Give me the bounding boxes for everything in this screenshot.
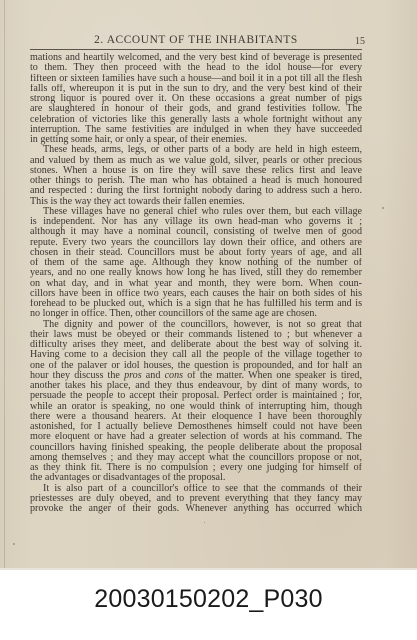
- text-line: It is also part of a councillor's office…: [30, 484, 362, 494]
- body-text: mations and heartily welcomed, and the v…: [30, 53, 362, 514]
- text-line: are slaughtered in honour of their gods,…: [30, 104, 362, 114]
- paper-speck: [382, 207, 384, 209]
- text-line: as they think fit. There is no compulsio…: [30, 463, 362, 473]
- text-line: cillors have been in office two years, e…: [30, 289, 362, 299]
- text-line: in getting some hair, or only a spear, o…: [30, 135, 362, 145]
- text-line: the advantages or disadvantages of the p…: [30, 473, 362, 483]
- text-line: repute. Every two years the councillors …: [30, 238, 362, 248]
- text-line: more eloquent or have had a greater sele…: [30, 432, 362, 442]
- text-line: one of the palaver or idol houses, the q…: [30, 361, 362, 371]
- text-line: of them of the same age. Although they k…: [30, 258, 362, 268]
- text-line: chosen in their stead. Councillors must …: [30, 248, 362, 258]
- scanned-page: 2. ACCOUNT OF THE INHABITANTS 15 mations…: [0, 0, 417, 570]
- text-line: The dignity and power of the councillors…: [30, 320, 362, 330]
- text-line: and respected : during the first fortnig…: [30, 186, 362, 196]
- text-line: on what day, and in what year and month,…: [30, 279, 362, 289]
- header-rule: [30, 49, 362, 50]
- text-line: astonished, for I actually believe Demos…: [30, 422, 362, 432]
- text-line: falls off, whereupon it is put in the su…: [30, 84, 362, 94]
- text-line: This is the way they act towards their f…: [30, 197, 362, 207]
- text-line: Having come to a decision they call all …: [30, 350, 362, 360]
- text-line: another takes his place, and they thus e…: [30, 381, 362, 391]
- text-line: strong liquor is poured over it. On thes…: [30, 94, 362, 104]
- text-line: fifteen or sixteen families have such a …: [30, 74, 362, 84]
- text-line: among themselves ; and they may accept w…: [30, 453, 362, 463]
- text-line: no longer in office. Then, other council…: [30, 309, 362, 319]
- text-line: celebration of victories like this gener…: [30, 115, 362, 125]
- text-line: interruption. The same festivities are i…: [30, 125, 362, 135]
- text-line: difficulty arises they meet, and deliber…: [30, 340, 362, 350]
- text-line: stones. When a house is on fire they wil…: [30, 166, 362, 176]
- running-head: 2. ACCOUNT OF THE INHABITANTS 15: [30, 34, 362, 48]
- paper-speck: [204, 522, 205, 523]
- text-line: although it may have a nominal council, …: [30, 227, 362, 237]
- text-line: to them. They then proceed with the head…: [30, 63, 362, 73]
- text-line: priestesses are duly obeyed, and to prev…: [30, 494, 362, 504]
- text-line: their laws must be obeyed or their comma…: [30, 330, 362, 340]
- text-line: provoke the anger of their gods. Wheneve…: [30, 504, 362, 514]
- image-identifier-caption: 20030150202_P030: [0, 585, 417, 614]
- text-line: years, and no one really knows how long …: [30, 268, 362, 278]
- text-line: hour they discuss the pros and cons of t…: [30, 371, 362, 381]
- text-line: These villages have no general chief who…: [30, 207, 362, 217]
- text-line: other things to perish. The man who has …: [30, 176, 362, 186]
- page-edge: [4, 0, 5, 570]
- text-line: forehead to be plucked out, which is a s…: [30, 299, 362, 309]
- text-line: councillors having finished speaking, th…: [30, 443, 362, 453]
- text-line: while an orator is speaking, no one woul…: [30, 402, 362, 412]
- page-number: 15: [355, 36, 365, 47]
- running-title: 2. ACCOUNT OF THE INHABITANTS: [30, 34, 362, 46]
- text-line: persuade the people to accept their prop…: [30, 391, 362, 401]
- paper-speck: [13, 543, 15, 545]
- text-line: These heads, arms, legs, or other parts …: [30, 145, 362, 155]
- page-bottom-edge: [0, 568, 417, 570]
- text-line: is independent. Nor has any village its …: [30, 217, 362, 227]
- text-line: mations and heartily welcomed, and the v…: [30, 53, 362, 63]
- text-line: and valued by them as much as we value g…: [30, 156, 362, 166]
- text-line: there were a thousand hearers. At their …: [30, 412, 362, 422]
